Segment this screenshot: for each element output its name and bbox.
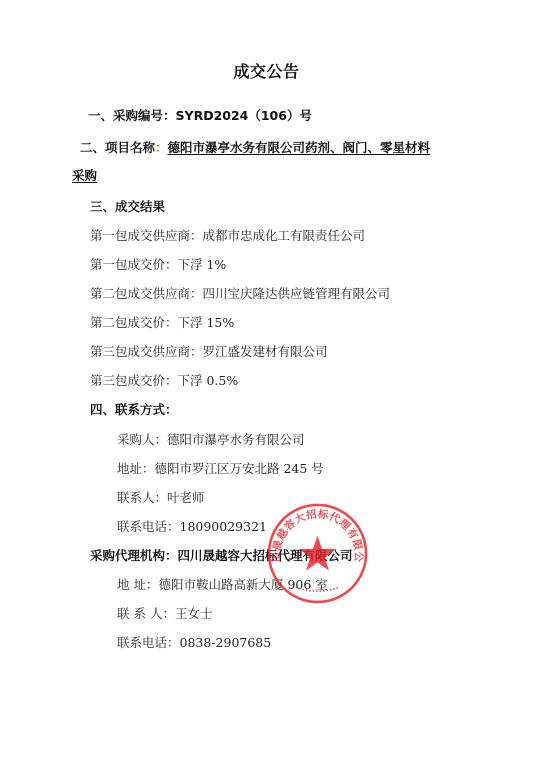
page-title: 成交公告 [0,59,533,82]
project-name-continued: 采购 [72,168,97,184]
result-line: 第三包成交供应商：罗江盛发建材有限公司 [90,344,328,360]
project-name-label: 二、项目名称 [80,140,155,155]
agency-line: 联系电话：0838-2907685 [117,635,271,651]
agency-line: 联 系 人：王女士 [117,606,212,622]
buyer-line: 地址：德阳市罗江区万安北路 245 号 [117,461,324,477]
agency-line: 地 址：德阳市鞍山路高新大厦 906 室 [117,577,328,593]
result-line: 第二包成交价：下浮 15% [90,315,234,331]
buyer-line: 联系人：叶老师 [117,490,205,506]
results-heading: 三、成交结果 [90,199,165,215]
procurement-number-label: 一、采购编号： [88,108,176,123]
result-line: 第三包成交价：下浮 0.5% [90,373,238,389]
project-name-value-line2: 采购 [72,168,97,183]
result-line: 第一包成交供应商：成都市忠成化工有限责任公司 [90,228,365,244]
result-line: 第一包成交价：下浮 1% [90,257,226,273]
result-line: 第二包成交供应商：四川宝庆隆达供应链管理有限公司 [90,286,390,302]
procurement-number-value: SYRD2024（106）号 [176,108,312,123]
project-name-colon: ： [155,140,168,155]
contact-heading: 四、联系方式： [90,402,178,418]
procurement-number: 一、采购编号：SYRD2024（106）号 [88,108,312,124]
agency-heading: 采购代理机构：四川晟越容大招标代理有限公司 [90,548,353,564]
buyer-line: 联系电话：18090029321 [117,519,267,535]
project-name-value: 德阳市瀑亭水务有限公司药剂、阀门、零星材料 [168,140,431,155]
project-name: 二、项目名称：德阳市瀑亭水务有限公司药剂、阀门、零星材料 [80,140,430,156]
buyer-line: 采购人：德阳市瀑亭水务有限公司 [117,432,305,448]
